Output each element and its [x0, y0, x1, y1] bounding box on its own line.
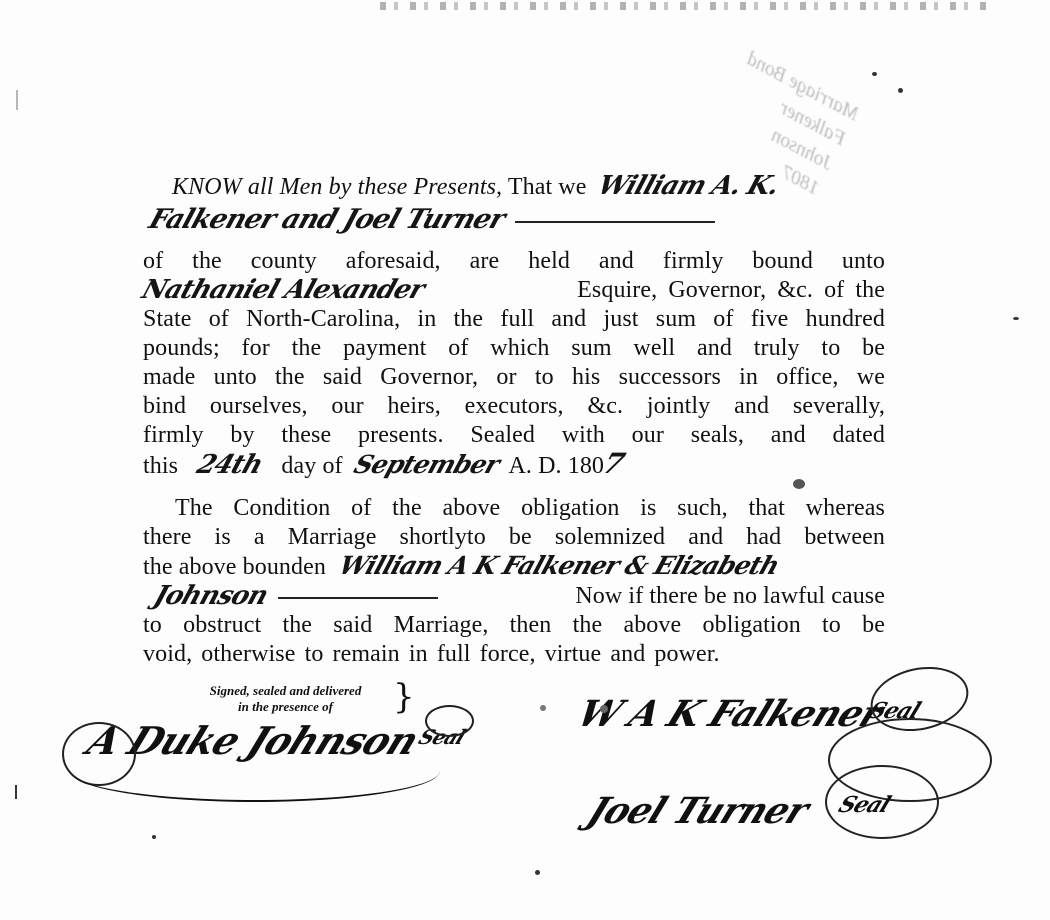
- signatory-2-signature: Joel Turner: [582, 790, 815, 832]
- wax-seal-icon: [425, 705, 474, 737]
- esquire-governor-text: Esquire, Governor, &c. of the: [577, 276, 885, 304]
- bond-line-1: KNOW all Men by these Presents, That we …: [172, 172, 902, 201]
- witness-label-line2: in the presence of: [178, 699, 393, 715]
- ink-speck: [15, 785, 17, 799]
- ink-speck: [872, 72, 877, 76]
- ink-speck: [540, 705, 546, 711]
- ink-speck: [152, 835, 156, 839]
- bond-line-16: void, otherwise to remain in full force,…: [143, 640, 885, 668]
- ink-speck: [793, 479, 805, 489]
- above-bounden-text: the above bounden: [143, 554, 326, 580]
- fill-in-line: [278, 597, 438, 599]
- witness-label: Signed, sealed and delivered in the pres…: [178, 683, 393, 715]
- bond-line-6: pounds; for the payment of which sum wel…: [143, 334, 885, 362]
- lawful-cause-text: Now if there be no lawful cause: [575, 582, 885, 610]
- ink-speck: [1013, 317, 1019, 320]
- bond-opening-phrase: KNOW all Men by these Presents,: [172, 174, 502, 200]
- ink-speck: [535, 870, 540, 875]
- signatory-1-signature: W A K Falkener: [572, 693, 889, 735]
- bond-line-4: Nathaniel Alexander Esquire, Governor, &…: [143, 276, 885, 305]
- bond-line-13: the above bounden William A K Falkener &…: [143, 552, 885, 581]
- bond-line-9: firmly by these presents. Sealed with ou…: [143, 421, 885, 449]
- anno-domini-text: A. D. 180: [508, 453, 604, 479]
- handwritten-month: September: [350, 451, 502, 479]
- bond-line-7: made unto the said Governor, or to his s…: [143, 363, 885, 391]
- handwritten-obligor-name-part1: William A. K.: [594, 172, 782, 200]
- paper-left-edge: [16, 90, 18, 110]
- bond-line-5: State of North-Carolina, in the full and…: [143, 305, 885, 333]
- this-text: this: [143, 453, 178, 479]
- handwritten-bride-surname: Johnson: [150, 582, 270, 610]
- bond-line-2: Falkener and Joel Turner: [150, 206, 892, 235]
- ink-speck: [898, 88, 903, 93]
- bond-line-14: Johnson Now if there be no lawful cause: [155, 582, 885, 611]
- witness-label-line1: Signed, sealed and delivered: [178, 683, 393, 699]
- fill-in-line: [515, 221, 715, 223]
- handwritten-governor-name: Nathaniel Alexander: [138, 276, 507, 304]
- bond-line-11-condition: The Condition of the above obligation is…: [175, 494, 885, 522]
- scanned-document-page: Marriage Bond Falkener Johnson 1807 KNOW…: [0, 0, 1050, 920]
- bond-line-12: there is a Marriage shortlyto be solemni…: [143, 523, 885, 551]
- that-we-text: That we: [508, 174, 587, 200]
- bond-line-3: of the county aforesaid, are held and fi…: [143, 247, 885, 275]
- bond-line-15: to obstruct the said Marriage, then the …: [143, 611, 885, 639]
- handwritten-day: 24th: [194, 451, 266, 479]
- signatory-2-seal-icon: [825, 765, 939, 839]
- handwritten-obligor-name-part2: Falkener and Joel Turner: [145, 206, 507, 234]
- ink-speck: [600, 705, 608, 713]
- bond-line-10-date: this 24th day of September A. D. 1807: [143, 450, 885, 480]
- bond-line-8: bind ourselves, our heirs, executors, &c…: [143, 392, 885, 420]
- handwritten-couple-names: William A K Falkener & Elizabeth: [336, 552, 783, 580]
- signature-underline-flourish: [70, 740, 440, 802]
- brace-icon: }: [393, 680, 415, 714]
- day-of-text: day of: [281, 453, 342, 479]
